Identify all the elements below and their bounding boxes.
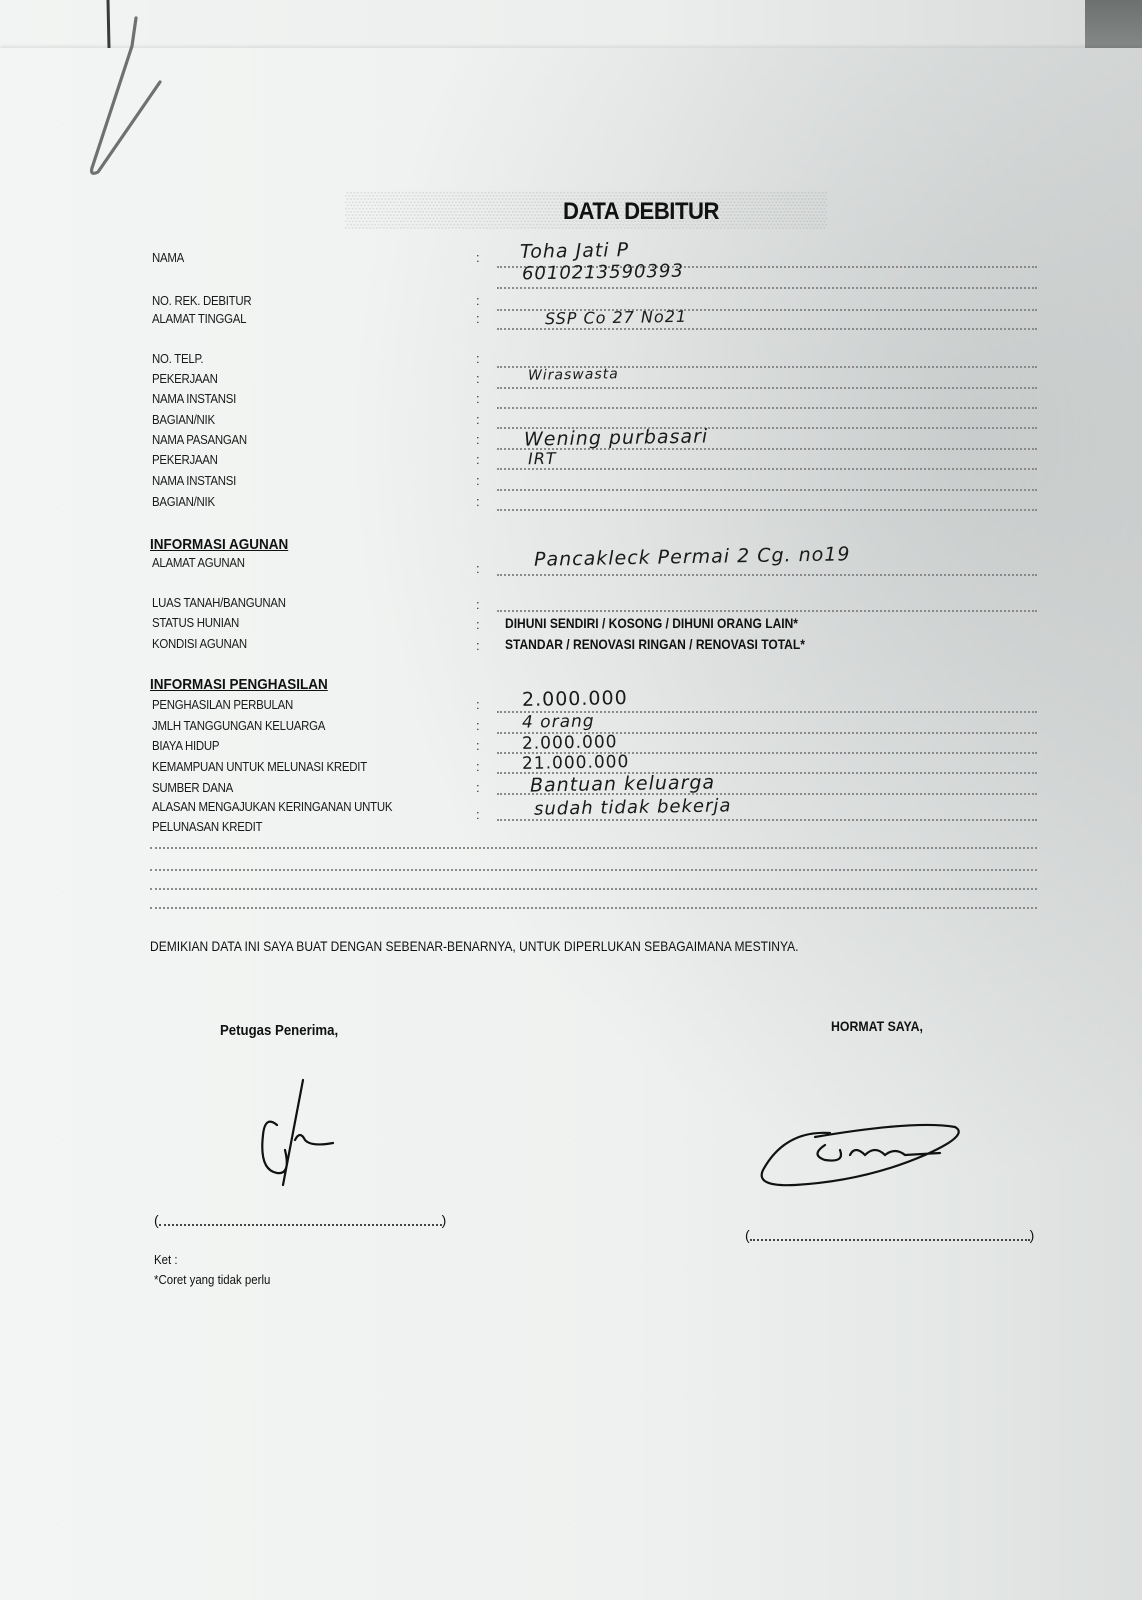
field-label-biaya-hidup: BIAYA HIDUP [152, 738, 219, 753]
extra-line-1[interactable] [150, 847, 1037, 849]
section-heading-penghasilan: INFORMASI PENGHASILAN [150, 676, 328, 693]
field-line-pekerjaan[interactable] [497, 387, 1037, 389]
field-label-pasangan: NAMA PASANGAN [152, 432, 247, 447]
field-line-pekerjaan-pasangan[interactable] [497, 468, 1037, 470]
note-heading: Ket : [154, 1252, 178, 1267]
field-line-instansi-pasangan[interactable] [497, 489, 1037, 491]
extra-line-3[interactable] [150, 888, 1037, 890]
field-line-alamat-agunan[interactable] [497, 574, 1037, 576]
field-value-kemampuan: 21.000.000 [522, 752, 630, 774]
debtor-name-line[interactable]: () [745, 1227, 1034, 1243]
field-label-nama: NAMA [152, 250, 184, 265]
field-value-alamat: SSP Co 27 No21 [545, 307, 687, 328]
field-value-pekerjaan-pasangan: IRT [528, 449, 557, 468]
status-hunian-options[interactable]: DIHUNI SENDIRI / KOSONG / DIHUNI ORANG L… [505, 615, 798, 631]
field-label-luas: LUAS TANAH/BANGUNAN [152, 595, 286, 610]
field-line-alamat[interactable] [497, 328, 1037, 330]
section-heading-agunan: INFORMASI AGUNAN [150, 536, 288, 553]
extra-line-2[interactable] [150, 869, 1037, 871]
field-line-alasan[interactable] [497, 819, 1037, 821]
field-label-instansi: NAMA INSTANSI [152, 391, 236, 406]
field-label-instansi-pasangan: NAMA INSTANSI [152, 473, 236, 488]
field-line-bagian-pasangan[interactable] [497, 509, 1037, 511]
field-label-bagian-pasangan: BAGIAN/NIK [152, 494, 215, 509]
paperclip-icon [80, 0, 170, 180]
field-line [497, 287, 1037, 289]
field-label-bagian: BAGIAN/NIK [152, 412, 215, 427]
officer-name-line[interactable]: () [154, 1212, 446, 1228]
field-value-pasangan: Wening purbasari [524, 425, 709, 450]
document-title: DATA DEBITUR [116, 198, 1142, 226]
field-value-penghasilan: 2.000.000 [522, 687, 628, 711]
field-label-tanggungan: JMLH TANGGUNGAN KELUARGA [152, 718, 325, 733]
field-label-alasan-2: PELUNASAN KREDIT [152, 819, 262, 834]
debtor-signature-icon [755, 1115, 975, 1195]
field-value-nama: Toha Jati P [520, 239, 629, 263]
officer-signature-icon [255, 1075, 345, 1195]
field-label-sumber-dana: SUMBER DANA [152, 780, 233, 795]
debtor-signature-label: HORMAT SAYA, [831, 1018, 923, 1034]
field-label-no-rek: NO. REK. DEBITUR [152, 293, 251, 308]
field-label-penghasilan: PENGHASILAN PERBULAN [152, 697, 293, 712]
kondisi-agunan-options[interactable]: STANDAR / RENOVASI RINGAN / RENOVASI TOT… [505, 636, 805, 652]
field-label-kemampuan: KEMAMPUAN UNTUK MELUNASI KREDIT [152, 759, 367, 774]
note-text: *Coret yang tidak perlu [154, 1272, 270, 1287]
field-label-alasan: ALASAN MENGAJUKAN KERINGANAN UNTUK [152, 799, 392, 814]
field-label-pekerjaan: PEKERJAAN [152, 371, 218, 386]
field-value-tanggungan: 4 orang [522, 711, 595, 732]
field-value-pekerjaan: Wiraswasta [528, 366, 619, 384]
officer-signature-label: Petugas Penerima, [220, 1022, 338, 1039]
field-value-no-rek: 6010213590393 [522, 261, 684, 285]
field-value-sumber-dana: Bantuan keluarga [530, 771, 715, 796]
field-value-alasan: sudah tidak bekerja [534, 795, 732, 819]
field-line-instansi[interactable] [497, 407, 1037, 409]
field-label-status-hunian: STATUS HUNIAN [152, 615, 239, 630]
extra-line-4[interactable] [150, 907, 1037, 909]
field-label-kondisi: KONDISI AGUNAN [152, 636, 247, 651]
declaration-statement: DEMIKIAN DATA INI SAYA BUAT DENGAN SEBEN… [150, 938, 799, 954]
field-label-alamat: ALAMAT TINGGAL [152, 311, 246, 326]
field-value-biaya-hidup: 2.000.000 [522, 732, 618, 754]
field-label-telp: NO. TELP. [152, 351, 203, 366]
field-line-luas[interactable] [497, 610, 1037, 612]
field-label-alamat-agunan: ALAMAT AGUNAN [152, 555, 245, 570]
field-label-pekerjaan-pasangan: PEKERJAAN [152, 452, 218, 467]
